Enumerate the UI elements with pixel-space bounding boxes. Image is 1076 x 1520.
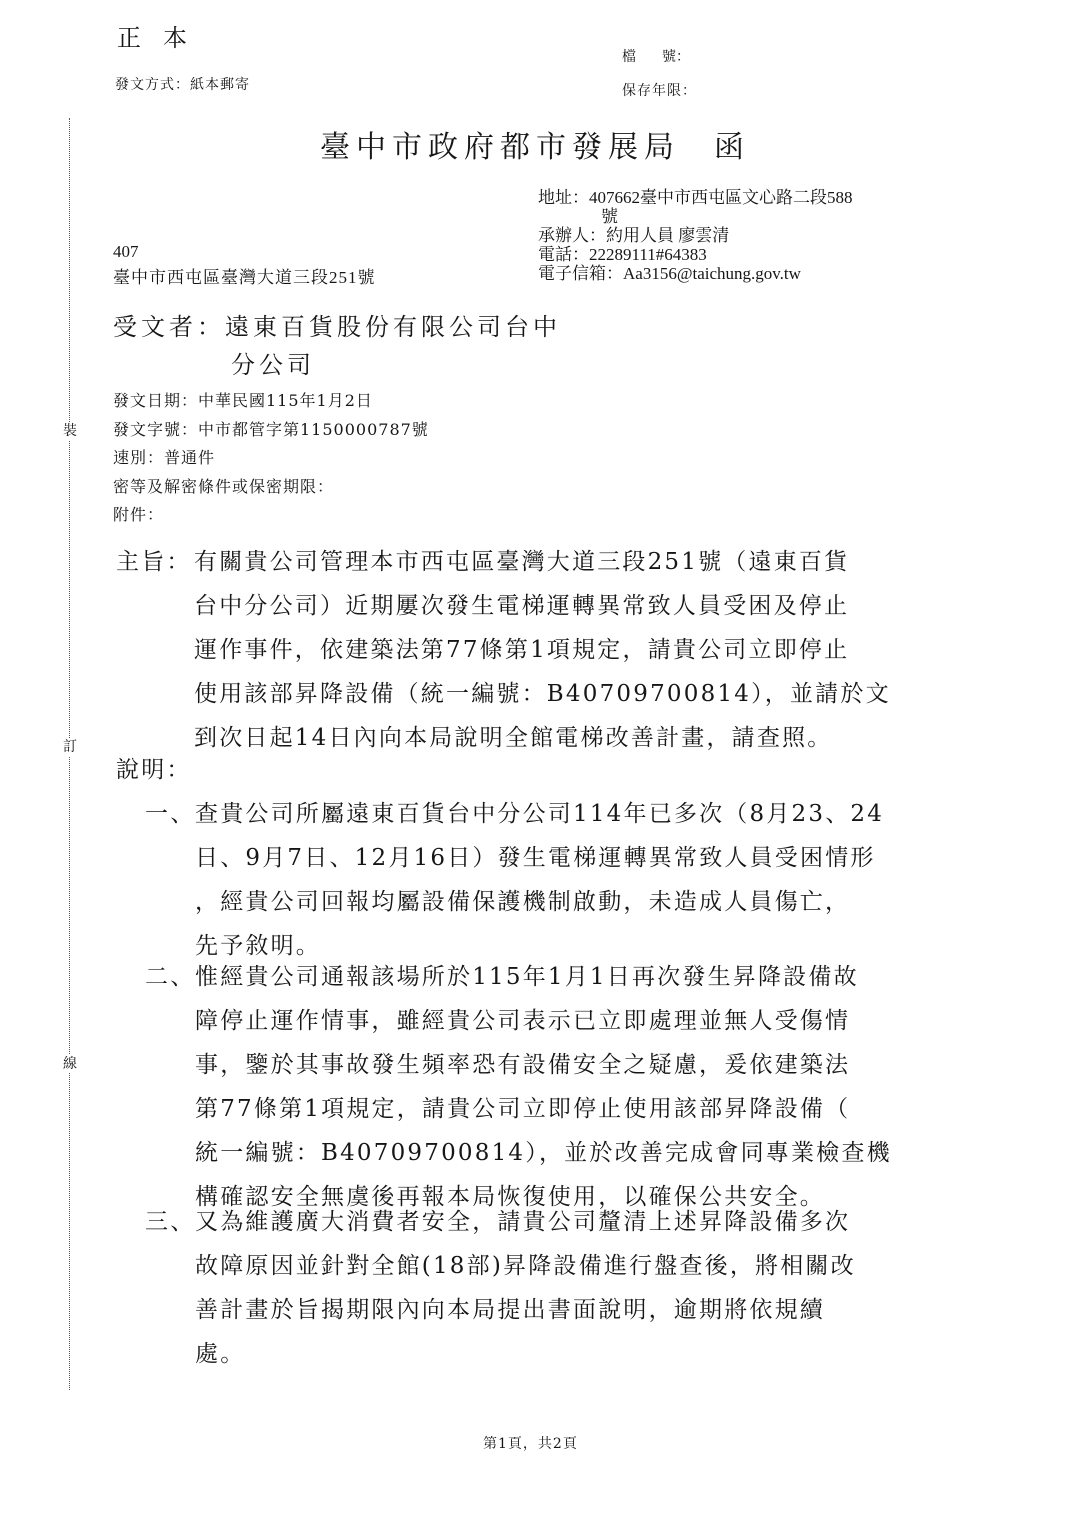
subject-section: 主旨：有關貴公司管理本市西屯區臺灣大道三段251號（遠東百貨 台中分公司）近期屢… <box>116 540 891 760</box>
subject-text: 有關貴公司管理本市西屯區臺灣大道三段251號（遠東百貨 <box>194 549 849 575</box>
copy-mark: 正本 <box>117 18 209 53</box>
item-number: 二、 <box>145 955 195 999</box>
item-line: 一、查貴公司所屬遠東百貨台中分公司114年已多次（8月23、24 <box>145 792 884 836</box>
secrecy-level: 密等及解密條件或保密期限： <box>113 473 429 502</box>
item-line: 事，鑒於其事故發生頻率恐有設備安全之疑慮，爰依建築法 <box>145 1043 892 1087</box>
item-line: 日、9月7日、12月16日）發生電梯運轉異常致人員受困情形 <box>145 836 884 880</box>
item-number: 一、 <box>145 792 195 836</box>
item-line: 善計畫於旨揭期限內向本局提出書面說明，逾期將依規續 <box>145 1288 856 1332</box>
item-line: ，經貴公司回報均屬設備保護機制啟動，未造成人員傷亡， <box>145 880 884 924</box>
subject-line: 到次日起14日內向本局說明全館電梯改善計畫，請查照。 <box>116 716 891 760</box>
item-line: 障停止運作情事，雖經貴公司表示已立即處理並無人受傷情 <box>145 999 892 1043</box>
item-line: 三、又為維護廣大消費者安全，請貴公司釐清上述昇降設備多次 <box>145 1200 856 1244</box>
subject-line: 使用該部昇降設備（統一編號：B40709700814），並請於文 <box>116 672 891 716</box>
sender-info: 地址：407662臺中市西屯區文心路二段588 號 承辦人：約用人員 廖雲清 電… <box>538 188 853 283</box>
document-title: 臺中市政府都市發展局函 <box>320 122 750 166</box>
recipient-address: 臺中市西屯區臺灣大道三段251號 <box>113 263 376 288</box>
item-line: 第77條第1項規定，請貴公司立即停止使用該部昇降設備（ <box>145 1087 892 1131</box>
send-method: 發文方式：紙本郵寄 <box>115 74 250 94</box>
file-number-label-2: 號： <box>662 49 690 65</box>
page-number: 第1頁，共2頁 <box>483 1433 578 1453</box>
recipient: 受文者：遠東百貨股份有限公司台中 分公司 <box>113 308 561 384</box>
document-meta: 發文日期：中華民國115年1月2日 發文字號：中市都管字第1150000787號… <box>113 387 429 530</box>
recipient-line-2: 分公司 <box>113 346 561 384</box>
document-type: 函 <box>714 130 750 165</box>
item-line: 故障原因並針對全館(18部)昇降設備進行盤查後，將相關改 <box>145 1244 856 1288</box>
file-number-label: 檔 <box>622 49 662 65</box>
sender-email: 電子信箱：Aa3156@taichung.gov.tw <box>538 264 853 283</box>
retention-period: 保存年限： <box>622 80 697 100</box>
item-number: 三、 <box>145 1200 195 1244</box>
sender-handler: 承辦人：約用人員 廖雲清 <box>538 226 853 245</box>
document-number: 發文字號：中市都管字第1150000787號 <box>113 416 429 445</box>
agency-name: 臺中市政府都市發展局 <box>320 130 680 165</box>
item-text: 查貴公司所屬遠東百貨台中分公司114年已多次（8月23、24 <box>195 801 884 827</box>
binding-mark-ding: 訂 <box>60 738 80 756</box>
issue-date: 發文日期：中華民國115年1月2日 <box>113 387 429 416</box>
recipient-zip: 407 <box>113 242 139 262</box>
item-text: 又為維護廣大消費者安全，請貴公司釐清上述昇降設備多次 <box>195 1209 850 1235</box>
item-line: 處。 <box>145 1332 856 1376</box>
item-line: 統一編號：B40709700814），並於改善完成會同專業檢查機 <box>145 1131 892 1175</box>
delivery-speed: 速別：普通件 <box>113 444 429 473</box>
attachment: 附件： <box>113 501 429 530</box>
sender-phone: 電話：22289111#64383 <box>538 245 853 264</box>
subject-line: 台中分公司）近期屢次發生電梯運轉異常致人員受困及停止 <box>116 584 891 628</box>
subject-line: 運作事件，依建築法第77條第1項規定，請貴公司立即停止 <box>116 628 891 672</box>
item-line: 二、惟經貴公司通報該場所於115年1月1日再次發生昇降設備故 <box>145 955 892 999</box>
sender-address-cont: 號 <box>538 207 853 226</box>
binding-mark-xian: 線 <box>60 1055 80 1073</box>
description-label: 說明： <box>116 748 192 792</box>
sender-address: 地址：407662臺中市西屯區文心路二段588 <box>538 188 853 207</box>
description-item-2: 二、惟經貴公司通報該場所於115年1月1日再次發生昇降設備故 障停止運作情事，雖… <box>145 955 892 1219</box>
subject-line: 主旨：有關貴公司管理本市西屯區臺灣大道三段251號（遠東百貨 <box>116 540 891 584</box>
recipient-line-1: 受文者：遠東百貨股份有限公司台中 <box>113 308 561 346</box>
binding-mark-zhuang: 裝 <box>60 422 80 440</box>
file-number: 檔號： <box>622 46 690 66</box>
subject-label: 主旨： <box>116 540 194 584</box>
description-item-3: 三、又為維護廣大消費者安全，請貴公司釐清上述昇降設備多次 故障原因並針對全館(1… <box>145 1200 856 1376</box>
description-item-1: 一、查貴公司所屬遠東百貨台中分公司114年已多次（8月23、24 日、9月7日、… <box>145 792 884 968</box>
item-text: 惟經貴公司通報該場所於115年1月1日再次發生昇降設備故 <box>195 964 859 990</box>
